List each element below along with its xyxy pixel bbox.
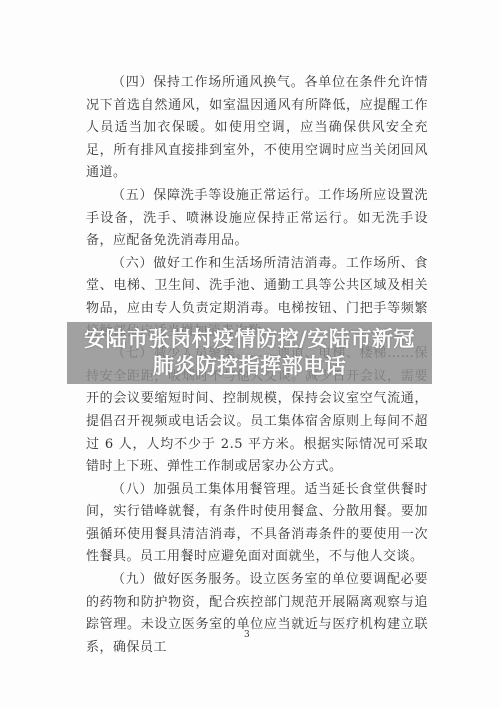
paragraph-handwashing: （五）保障洗手等设施正常运行。工作场所应设置洗手设备，洗手、喷淋设施应保持正常运… <box>86 185 428 253</box>
page-number: 3 <box>244 630 250 640</box>
paragraph-ventilation: （四）保持工作场所通风换气。各单位在条件允许情况下首选自然通风，如室温因通风有所… <box>86 72 428 185</box>
paragraph-dining-management: （八）加强员工集体用餐管理。适当延长食堂供餐时间，实行错峰就餐，有条件时使用餐盒… <box>86 479 428 569</box>
overlay-title-line-2: 肺炎防控指挥部电话 <box>67 353 432 380</box>
overlay-title: 安陆市张岗村疫情防控/安陆市新冠 肺炎防控指挥部电话 <box>67 322 432 384</box>
paragraph-medical-service: （九）做好医务服务。设立医务室的单位要调配必要的药物和防护物资，配合疾控部门规范… <box>86 569 428 659</box>
overlay-title-line-1: 安陆市张岗村疫情防控/安陆市新冠 <box>67 326 432 353</box>
